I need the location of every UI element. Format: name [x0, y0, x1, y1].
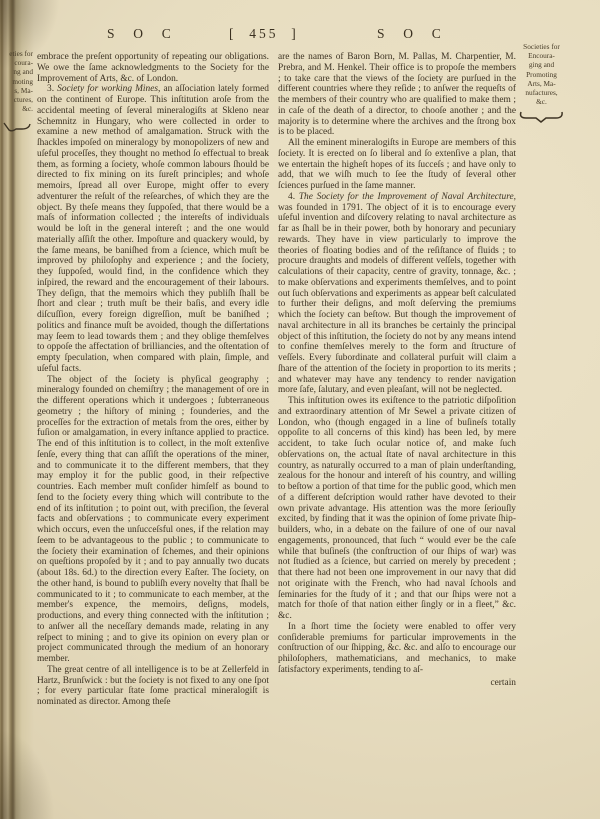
running-head-left: S O C: [107, 26, 175, 42]
margin-note-right: Societies forEncoura-ging andPromotingAr…: [518, 42, 565, 106]
body-text: are the names of Baron Born, M. Pallas, …: [278, 52, 516, 137]
margin-brace-icon: [518, 110, 565, 128]
body-text: embrace the preſent opportunity of repea…: [37, 52, 269, 84]
paragraph: 3. Society for working Mines, an aſſocia…: [37, 84, 269, 374]
paragraph: In a ſhort time the ſociety were enabled…: [278, 622, 516, 676]
margin-note-line: s, Ma-: [0, 86, 33, 95]
margin-note-line: nufactures,: [518, 88, 565, 97]
body-text: was founded in 1791. The object of it is…: [278, 203, 516, 396]
margin-note-line: Arts, Ma-: [518, 79, 565, 88]
italic-title-text: Society for working Mines,: [57, 84, 160, 94]
body-text: The great centre of all intelligence is …: [37, 665, 269, 707]
body-text: an aſſociation lately formed on the cont…: [37, 84, 269, 374]
gutter-shadow-bottom: [0, 729, 55, 819]
body-text: The object of the ſociety is phyſical ge…: [37, 375, 269, 665]
margin-note-left: eties forcoura-ng andmotings, Ma-ctures,…: [0, 49, 33, 113]
catchword: certain: [278, 678, 516, 689]
body-text: In a ſhort time the ſociety were enabled…: [278, 622, 516, 675]
text-column-left: embrace the preſent opportunity of repea…: [37, 52, 269, 708]
margin-note-line: Encoura-: [518, 51, 565, 60]
margin-note-line: &c.: [518, 97, 565, 106]
body-text: This inſtitution owes its exiſtence to t…: [278, 396, 516, 621]
paragraph: embrace the preſent opportunity of repea…: [37, 52, 269, 84]
italic-title-text: The Society for the Improvement of Naval…: [299, 192, 516, 202]
margin-note-line: coura-: [0, 58, 33, 67]
margin-note-line: ctures,: [0, 95, 33, 104]
body-text: 3.: [47, 84, 57, 94]
body-text: All the eminent mineralogiſts in Europe …: [278, 138, 516, 191]
paragraph: The great centre of all intelligence is …: [37, 665, 269, 708]
paragraph: All the eminent mineralogiſts in Europe …: [278, 138, 516, 192]
body-text: 4.: [288, 192, 299, 202]
page-number: [ 455 ]: [229, 26, 299, 42]
paragraph: This inſtitution owes its exiſtence to t…: [278, 396, 516, 622]
paragraph: 4. The Society for the Improvement of Na…: [278, 192, 516, 396]
margin-note-line: &c.: [0, 104, 33, 113]
running-head-right: S O C: [377, 26, 445, 42]
margin-note-line: ging and: [518, 60, 565, 69]
book-page: S O C [ 455 ] S O C eties forcoura-ng an…: [0, 0, 600, 819]
margin-brace-icon: [2, 120, 32, 138]
text-column-right: are the names of Baron Born, M. Pallas, …: [278, 52, 516, 688]
paragraph: The object of the ſociety is phyſical ge…: [37, 375, 269, 665]
paragraph: are the names of Baron Born, M. Pallas, …: [278, 52, 516, 138]
margin-note-line: eties for: [0, 49, 33, 58]
margin-note-line: ng and: [0, 67, 33, 76]
margin-note-line: Societies for: [518, 42, 565, 51]
margin-note-line: moting: [0, 77, 33, 86]
margin-note-line: Promoting: [518, 70, 565, 79]
